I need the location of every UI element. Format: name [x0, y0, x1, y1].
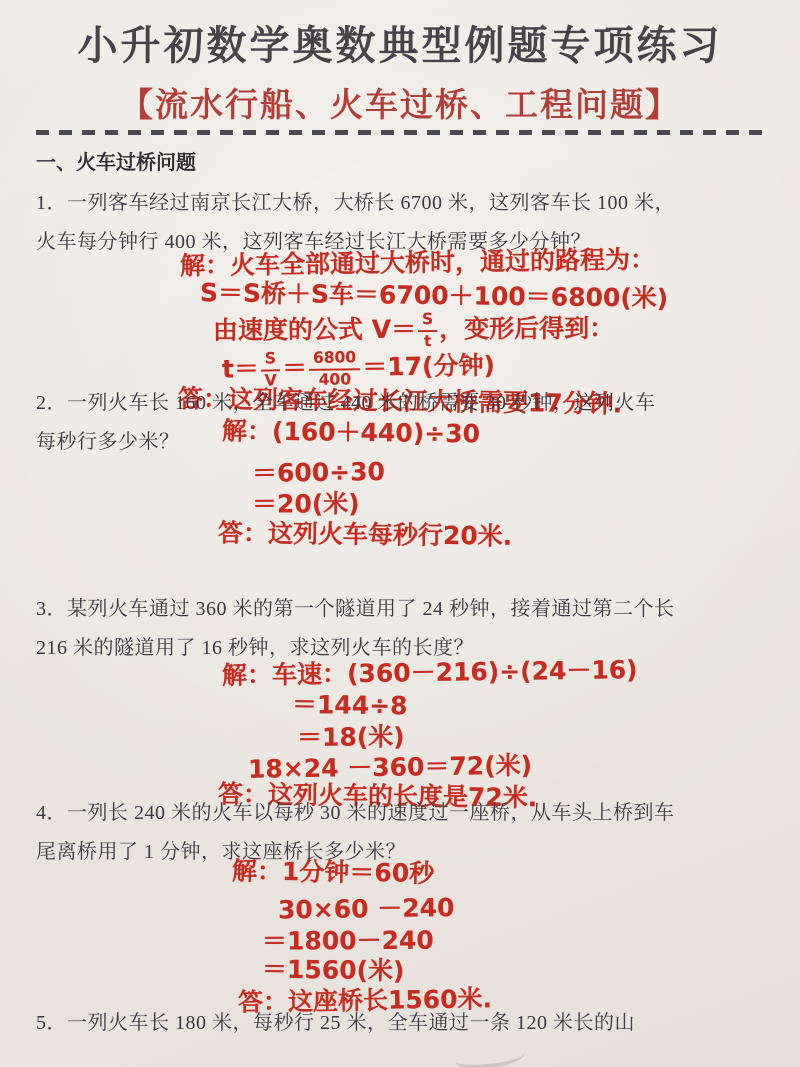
ink-bleed-mark	[454, 1044, 525, 1067]
fraction-s-over-v: SV	[261, 351, 281, 388]
page-subtitle: 【流水行船、火车过桥、工程问题】	[0, 79, 800, 126]
fraction-6800-over-400: 6800400	[309, 350, 361, 388]
solution-2-answer: 答：这列火车每秒行20米.	[218, 518, 513, 552]
handwritten-solution-4: 解：1分钟＝60秒 30×60 －240 ＝1800－240 ＝1560(米) …	[232, 858, 492, 1016]
solution-1-formula-pre: 由速度的公式 V＝	[213, 315, 416, 345]
handwritten-solution-3: 解：车速：(360－216)÷(24－16) ＝144÷8 ＝18(米) 18×…	[218, 658, 638, 812]
dashed-divider	[36, 130, 764, 135]
question-3-line-1: 3．某列火车通过 360 米的第一个隧道用了 24 秒钟，接着通过第二个长	[36, 590, 766, 629]
question-1-line-1: 1．一列客车经过南京长江大桥，大桥长 6700 米，这列客车长 100 米，	[36, 184, 766, 223]
solution-1-step: 由速度的公式 V＝St，变形后得到：	[213, 311, 668, 350]
solution-1-step: t＝SV＝6800400＝17(分钟)	[222, 346, 669, 389]
question-5: 5．一列火车长 180 米，每秒行 25 米，全车通过一条 120 米长的山	[36, 1004, 766, 1043]
solution-3-step: 18×24 －360＝72(米)	[248, 749, 638, 784]
fraction-s-over-t: St	[418, 312, 437, 349]
solution-1-formula-post: ，变形后得到：	[439, 314, 614, 344]
solution-2-step: 解：(160＋440)÷30	[222, 416, 513, 450]
question-4-line-1: 4．一列长 240 米的火车以每秒 30 米的速度过一座桥，从车头上桥到车	[36, 794, 766, 833]
section-heading: 一、火车过桥问题	[36, 146, 196, 175]
solution-1-step: 解：火车全部通过大桥时，通过的路程为：	[180, 245, 669, 282]
solution-4-step: ＝1560(米)	[262, 955, 492, 988]
solution-4-step: 30×60 －240	[278, 893, 492, 926]
solution-1-calc-post: ＝17(分钟)	[362, 351, 495, 382]
solution-1-calc-pre: t＝	[222, 354, 259, 384]
handwritten-solution-2: 解：(160＋440)÷30 ＝600÷30 ＝20(米) 答：这列火车每秒行2…	[218, 418, 512, 550]
page-title: 小升初数学奥数典型例题专项练习	[0, 14, 800, 71]
solution-3-step: ＝18(米)	[297, 721, 638, 753]
solution-4-step: 解：1分钟＝60秒	[232, 856, 492, 889]
solution-3-step: 解：车速：(360－216)÷(24－16)	[222, 655, 638, 691]
solution-3-step: ＝144÷8	[292, 690, 638, 724]
equals-sign: ＝	[282, 353, 307, 382]
solution-2-step: ＝600÷30	[252, 455, 513, 489]
question-5-line-1: 5．一列火车长 180 米，每秒行 25 米，全车通过一条 120 米长的山	[36, 1004, 766, 1043]
solution-1-step: S＝S桥＋S车＝6700＋100＝6800(米)	[200, 278, 669, 314]
solution-4-step: ＝1800－240	[262, 925, 492, 956]
solution-2-step: ＝20(米)	[252, 488, 512, 519]
question-3: 3．某列火车通过 360 米的第一个隧道用了 24 秒钟，接着通过第二个长 21…	[36, 590, 766, 668]
worksheet-page: 小升初数学奥数典型例题专项练习 【流水行船、火车过桥、工程问题】 一、火车过桥问…	[0, 0, 800, 1067]
